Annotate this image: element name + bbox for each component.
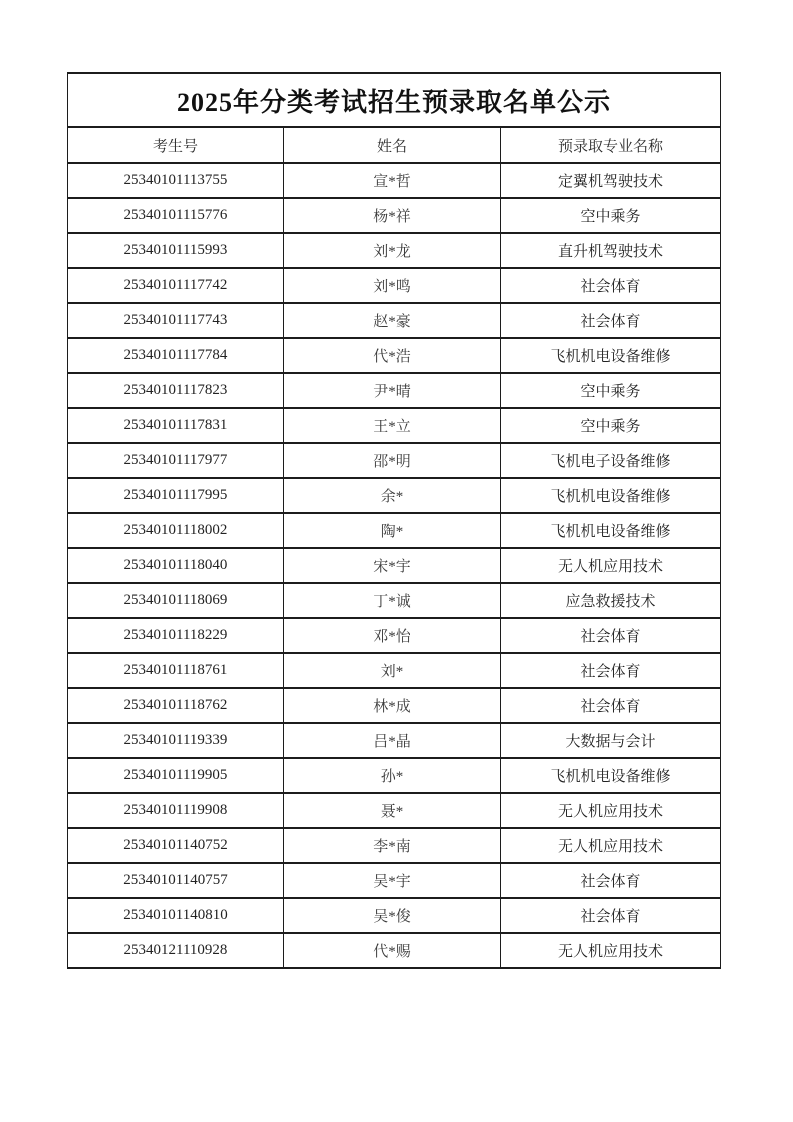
candidate-id-cell: 25340121110928 <box>68 933 284 968</box>
major-name-cell: 定翼机驾驶技术 <box>501 163 721 198</box>
candidate-name-cell: 宣*哲 <box>284 163 501 198</box>
major-name-cell: 无人机应用技术 <box>501 933 721 968</box>
candidate-id-cell: 25340101117977 <box>68 443 284 478</box>
major-name-cell: 飞机电子设备维修 <box>501 443 721 478</box>
major-name-cell: 无人机应用技术 <box>501 793 721 828</box>
table-row: 25340101118040 宋*宇 无人机应用技术 <box>68 548 721 583</box>
major-name-cell: 大数据与会计 <box>501 723 721 758</box>
table-row: 25340101113755 宣*哲 定翼机驾驶技术 <box>68 163 721 198</box>
table-row: 25340101118069 丁*诚 应急救援技术 <box>68 583 721 618</box>
table-row: 25340101115776 杨*祥 空中乘务 <box>68 198 721 233</box>
column-header-name: 姓名 <box>284 127 501 163</box>
candidate-name-cell: 刘* <box>284 653 501 688</box>
candidate-id-cell: 25340101119908 <box>68 793 284 828</box>
column-header-candidate-id: 考生号 <box>68 127 284 163</box>
candidate-name-cell: 代*浩 <box>284 338 501 373</box>
candidate-id-cell: 25340101117742 <box>68 268 284 303</box>
table-header-row: 考生号 姓名 预录取专业名称 <box>68 127 721 163</box>
candidate-name-cell: 李*南 <box>284 828 501 863</box>
candidate-id-cell: 25340101118229 <box>68 618 284 653</box>
candidate-id-cell: 25340101119339 <box>68 723 284 758</box>
candidate-id-cell: 25340101140752 <box>68 828 284 863</box>
candidate-id-cell: 25340101117784 <box>68 338 284 373</box>
candidate-id-cell: 25340101117995 <box>68 478 284 513</box>
major-name-cell: 空中乘务 <box>501 198 721 233</box>
major-name-cell: 应急救援技术 <box>501 583 721 618</box>
candidate-id-cell: 25340101117823 <box>68 373 284 408</box>
candidate-id-cell: 25340101119905 <box>68 758 284 793</box>
major-name-cell: 飞机机电设备维修 <box>501 338 721 373</box>
candidate-name-cell: 吴*宇 <box>284 863 501 898</box>
candidate-id-cell: 25340101113755 <box>68 163 284 198</box>
major-name-cell: 社会体育 <box>501 653 721 688</box>
page-title: 2025年分类考试招生预录取名单公示 <box>68 73 721 127</box>
candidate-name-cell: 聂* <box>284 793 501 828</box>
candidate-name-cell: 代*赐 <box>284 933 501 968</box>
candidate-name-cell: 刘*龙 <box>284 233 501 268</box>
table-row: 25340101140752 李*南 无人机应用技术 <box>68 828 721 863</box>
table-row: 25340101117831 王*立 空中乘务 <box>68 408 721 443</box>
table-row: 25340101119339 吕*晶 大数据与会计 <box>68 723 721 758</box>
candidate-id-cell: 25340101117743 <box>68 303 284 338</box>
table-row: 25340101118761 刘* 社会体育 <box>68 653 721 688</box>
table-row: 25340101140810 吴*俊 社会体育 <box>68 898 721 933</box>
major-name-cell: 无人机应用技术 <box>501 828 721 863</box>
candidate-name-cell: 孙* <box>284 758 501 793</box>
candidate-id-cell: 25340101140810 <box>68 898 284 933</box>
candidate-name-cell: 林*成 <box>284 688 501 723</box>
candidate-name-cell: 赵*豪 <box>284 303 501 338</box>
candidate-name-cell: 丁*诚 <box>284 583 501 618</box>
candidate-name-cell: 宋*宇 <box>284 548 501 583</box>
major-name-cell: 飞机机电设备维修 <box>501 758 721 793</box>
candidate-id-cell: 25340101140757 <box>68 863 284 898</box>
table-row: 25340101118229 邓*怡 社会体育 <box>68 618 721 653</box>
major-name-cell: 社会体育 <box>501 898 721 933</box>
table-body: 25340101113755 宣*哲 定翼机驾驶技术 2534010111577… <box>68 163 721 968</box>
major-name-cell: 社会体育 <box>501 303 721 338</box>
table-row: 25340101117784 代*浩 飞机机电设备维修 <box>68 338 721 373</box>
table-row: 25340101119908 聂* 无人机应用技术 <box>68 793 721 828</box>
title-row: 2025年分类考试招生预录取名单公示 <box>68 73 721 127</box>
document-page: 2025年分类考试招生预录取名单公示 考生号 姓名 预录取专业名称 253401… <box>0 0 793 1122</box>
major-name-cell: 飞机机电设备维修 <box>501 513 721 548</box>
candidate-name-cell: 余* <box>284 478 501 513</box>
table-row: 25340101117742 刘*鸣 社会体育 <box>68 268 721 303</box>
table-row: 25340101117995 余* 飞机机电设备维修 <box>68 478 721 513</box>
candidate-id-cell: 25340101118002 <box>68 513 284 548</box>
candidate-id-cell: 25340101118069 <box>68 583 284 618</box>
table-row: 25340101119905 孙* 飞机机电设备维修 <box>68 758 721 793</box>
table-row: 25340121110928 代*赐 无人机应用技术 <box>68 933 721 968</box>
candidate-id-cell: 25340101117831 <box>68 408 284 443</box>
candidate-name-cell: 王*立 <box>284 408 501 443</box>
major-name-cell: 空中乘务 <box>501 373 721 408</box>
table-row: 25340101140757 吴*宇 社会体育 <box>68 863 721 898</box>
table-row: 25340101117977 邵*明 飞机电子设备维修 <box>68 443 721 478</box>
candidate-name-cell: 邵*明 <box>284 443 501 478</box>
table-row: 25340101115993 刘*龙 直升机驾驶技术 <box>68 233 721 268</box>
candidate-name-cell: 吕*晶 <box>284 723 501 758</box>
major-name-cell: 空中乘务 <box>501 408 721 443</box>
table-row: 25340101118762 林*成 社会体育 <box>68 688 721 723</box>
candidate-name-cell: 杨*祥 <box>284 198 501 233</box>
major-name-cell: 社会体育 <box>501 863 721 898</box>
major-name-cell: 社会体育 <box>501 618 721 653</box>
candidate-id-cell: 25340101118762 <box>68 688 284 723</box>
table-row: 25340101117743 赵*豪 社会体育 <box>68 303 721 338</box>
column-header-major: 预录取专业名称 <box>501 127 721 163</box>
candidate-name-cell: 刘*鸣 <box>284 268 501 303</box>
table-row: 25340101118002 陶* 飞机机电设备维修 <box>68 513 721 548</box>
admission-list-table: 2025年分类考试招生预录取名单公示 考生号 姓名 预录取专业名称 253401… <box>67 72 721 969</box>
major-name-cell: 飞机机电设备维修 <box>501 478 721 513</box>
candidate-id-cell: 25340101118761 <box>68 653 284 688</box>
candidate-name-cell: 吴*俊 <box>284 898 501 933</box>
major-name-cell: 直升机驾驶技术 <box>501 233 721 268</box>
candidate-name-cell: 尹*晴 <box>284 373 501 408</box>
candidate-id-cell: 25340101118040 <box>68 548 284 583</box>
candidate-name-cell: 陶* <box>284 513 501 548</box>
major-name-cell: 社会体育 <box>501 268 721 303</box>
candidate-id-cell: 25340101115776 <box>68 198 284 233</box>
candidate-id-cell: 25340101115993 <box>68 233 284 268</box>
major-name-cell: 无人机应用技术 <box>501 548 721 583</box>
candidate-name-cell: 邓*怡 <box>284 618 501 653</box>
table-row: 25340101117823 尹*晴 空中乘务 <box>68 373 721 408</box>
major-name-cell: 社会体育 <box>501 688 721 723</box>
